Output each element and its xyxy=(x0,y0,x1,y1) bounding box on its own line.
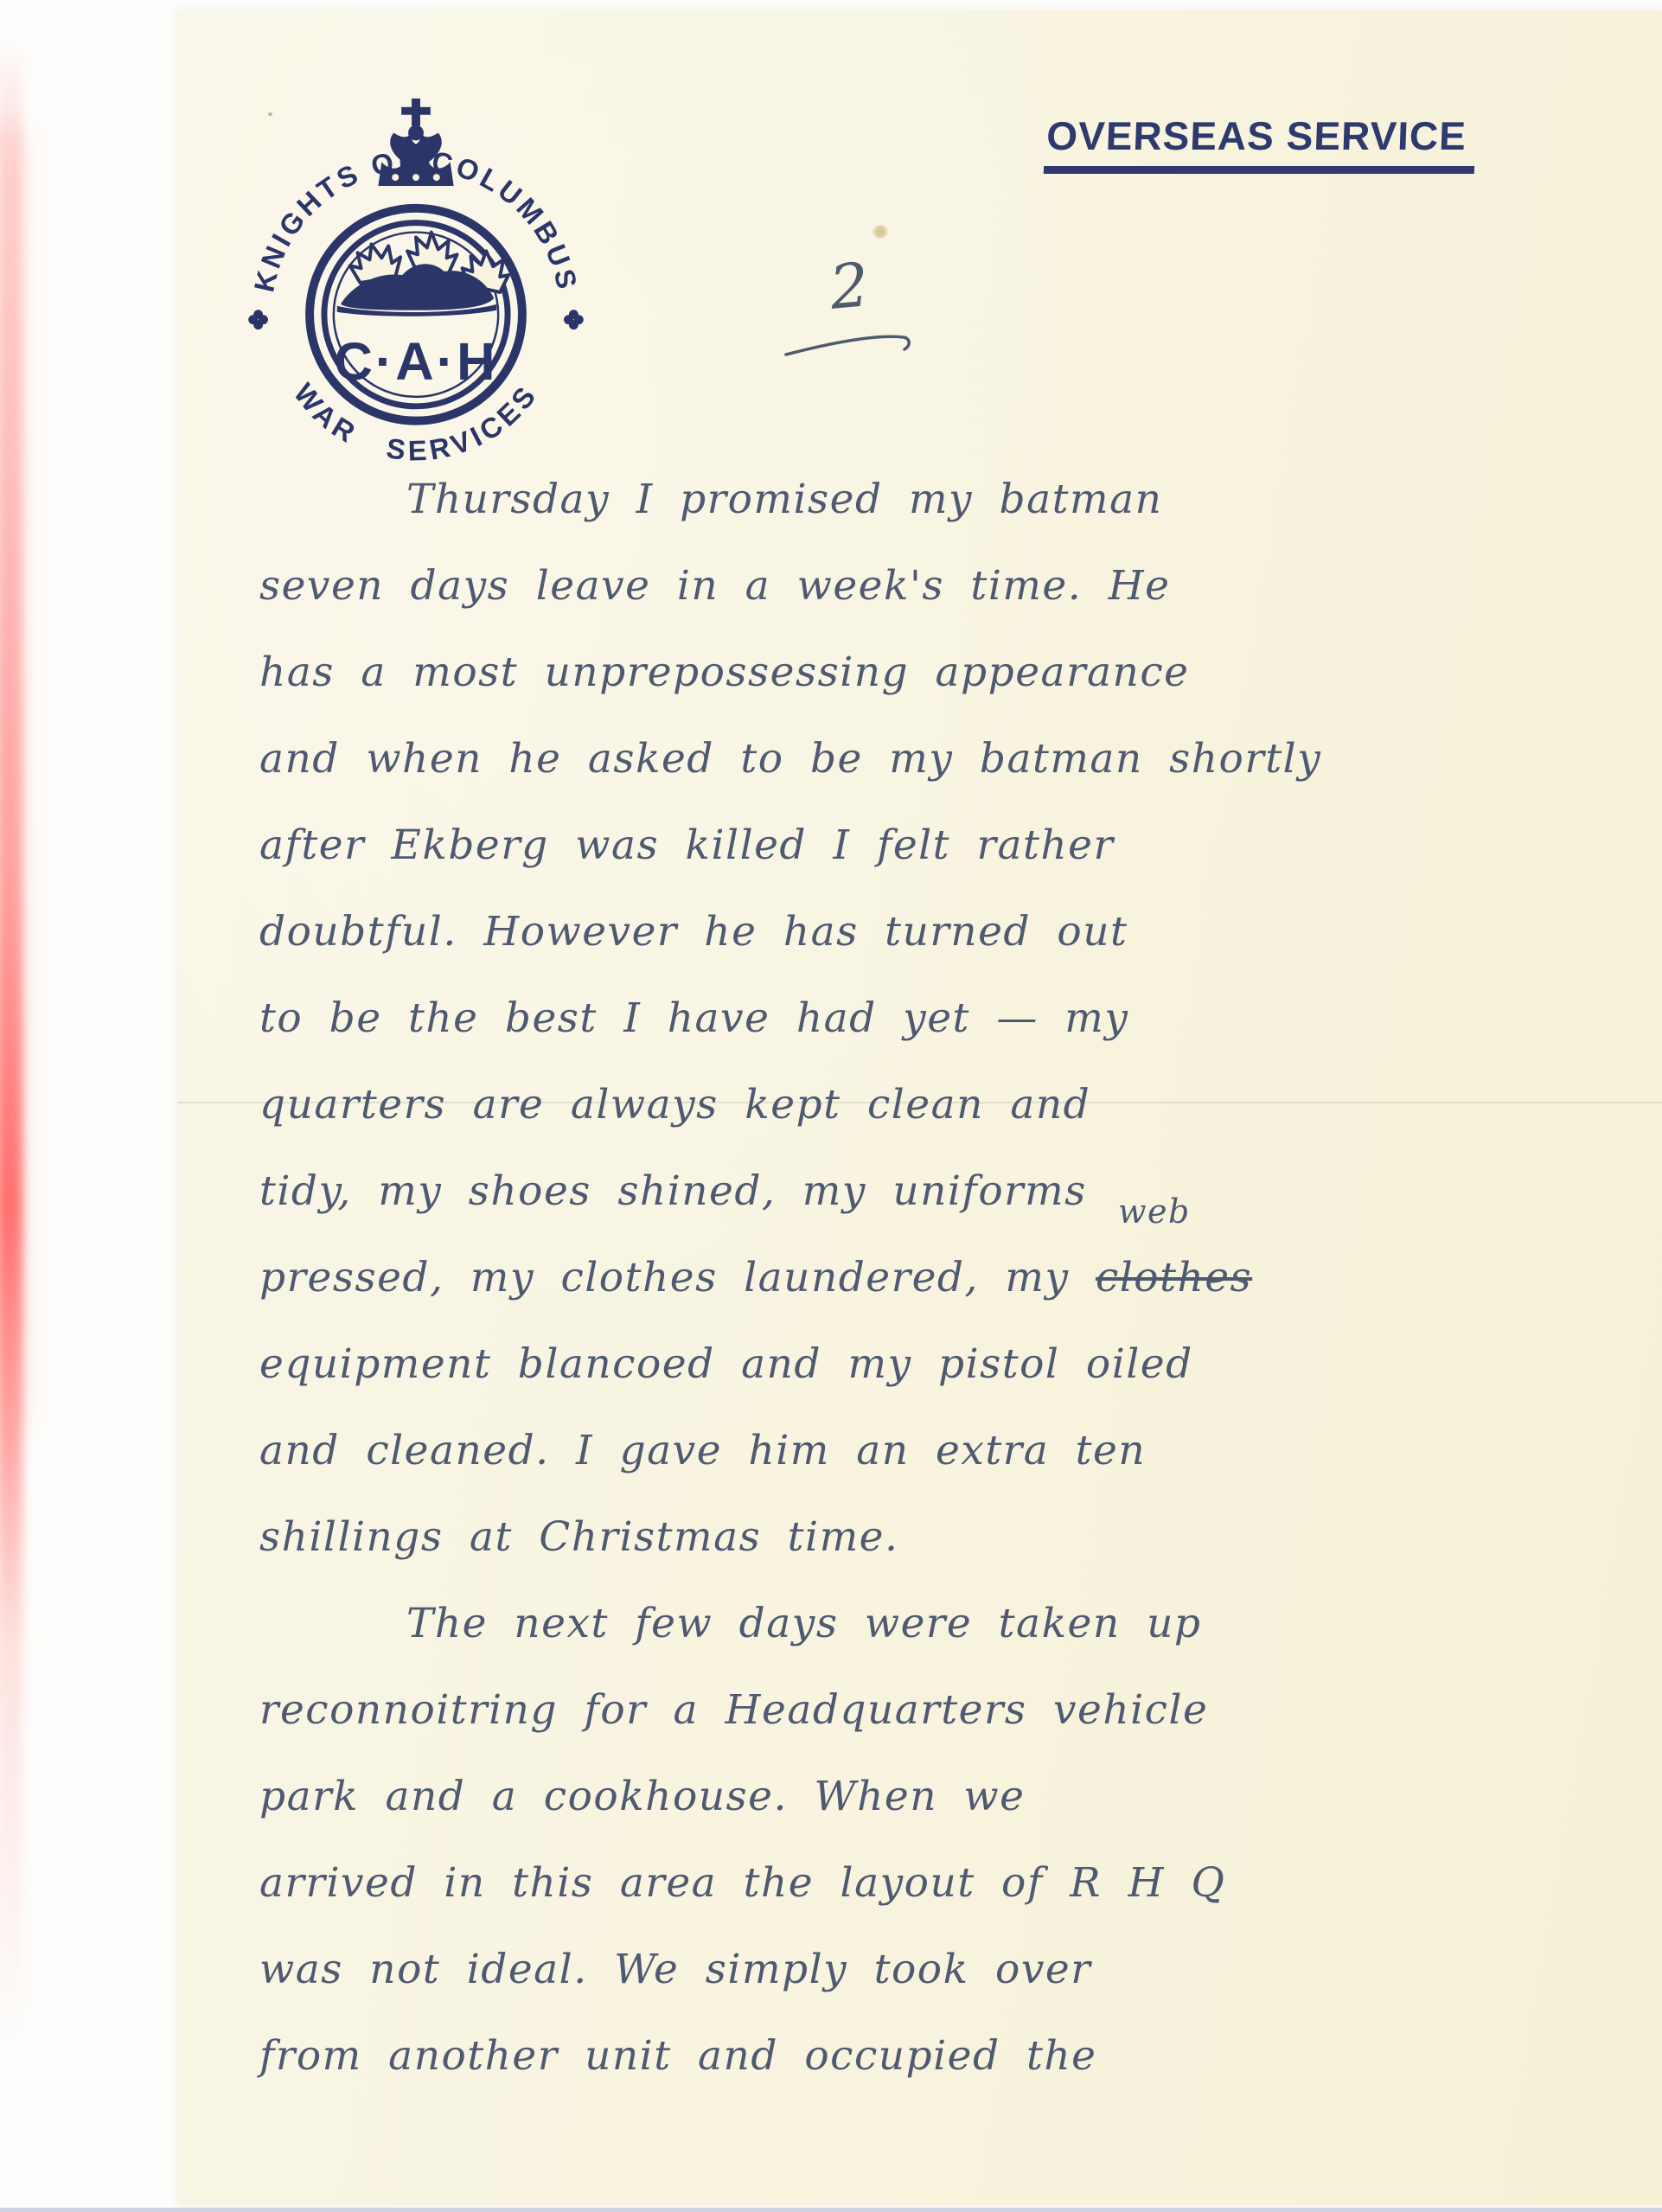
page-number-underline xyxy=(783,323,921,363)
letter-line: quarters are always kept clean and xyxy=(259,1062,1574,1148)
letter-line: has a most unprepossessing appearance xyxy=(259,630,1574,716)
letter-line-with-correction: pressed, my clothes laundered, my clothe… xyxy=(259,1235,1574,1321)
letter-line: arrived in this area the layout of R H Q xyxy=(259,1840,1574,1927)
left-quatrefoil-icon xyxy=(248,310,268,329)
letter-line: shillings at Christmas time. xyxy=(259,1494,1574,1581)
scanner-red-haze xyxy=(0,130,52,1427)
right-quatrefoil-icon xyxy=(564,310,584,329)
letter-paper: KNIGHTS OF COLUMBUS WAR SERVICES xyxy=(177,10,1662,2205)
letter-line: seven days leave in a week's time. He xyxy=(259,543,1574,630)
inserted-word: web xyxy=(1118,1195,1191,1228)
letter-scan: KNIGHTS OF COLUMBUS WAR SERVICES xyxy=(0,0,1662,2212)
letter-line: and when he asked to be my batman shortl… xyxy=(259,716,1574,802)
knights-of-columbus-emblem: KNIGHTS OF COLUMBUS WAR SERVICES xyxy=(201,90,630,484)
correction-wrap: clothesweb xyxy=(1096,1235,1252,1321)
letter-line: to be the best I have had yet — my xyxy=(259,975,1574,1062)
letter-line: equipment blancoed and my pistol oiled xyxy=(259,1321,1574,1408)
emblem-monogram: C·A·H xyxy=(335,332,498,392)
paper-stain xyxy=(872,225,889,239)
letter-line: park and a cookhouse. When we xyxy=(259,1754,1574,1840)
page-number: 2 xyxy=(828,249,873,323)
letter-line: tidy, my shoes shined, my uniforms xyxy=(259,1148,1574,1235)
scanner-red-edge xyxy=(0,43,22,2049)
letter-line: doubtful. However he has turned out xyxy=(259,889,1574,975)
letter-line: and cleaned. I gave him an extra ten xyxy=(259,1408,1574,1494)
letter-line: after Ekberg was killed I felt rather xyxy=(259,802,1574,889)
letter-line: reconnoitring for a Headquarters vehicle xyxy=(259,1667,1574,1754)
scanner-edge-line xyxy=(0,2208,1662,2212)
letter-line: was not ideal. We simply took over xyxy=(259,1927,1574,2013)
struck-word: clothes xyxy=(1096,1254,1252,1301)
paper-speck xyxy=(268,112,272,116)
overseas-service-heading: OVERSEAS SERVICE xyxy=(1044,112,1476,174)
beaver-maple-icon xyxy=(337,233,508,316)
letter-line: Thursday I promised my batman xyxy=(259,457,1574,543)
letter-line: The next few days were taken up xyxy=(259,1581,1574,1667)
letter-line: from another unit and occupied the xyxy=(259,2013,1574,2100)
letter-line-text: pressed, my clothes laundered, my xyxy=(259,1254,1096,1301)
letter-body: Thursday I promised my batman seven days… xyxy=(259,457,1574,2100)
